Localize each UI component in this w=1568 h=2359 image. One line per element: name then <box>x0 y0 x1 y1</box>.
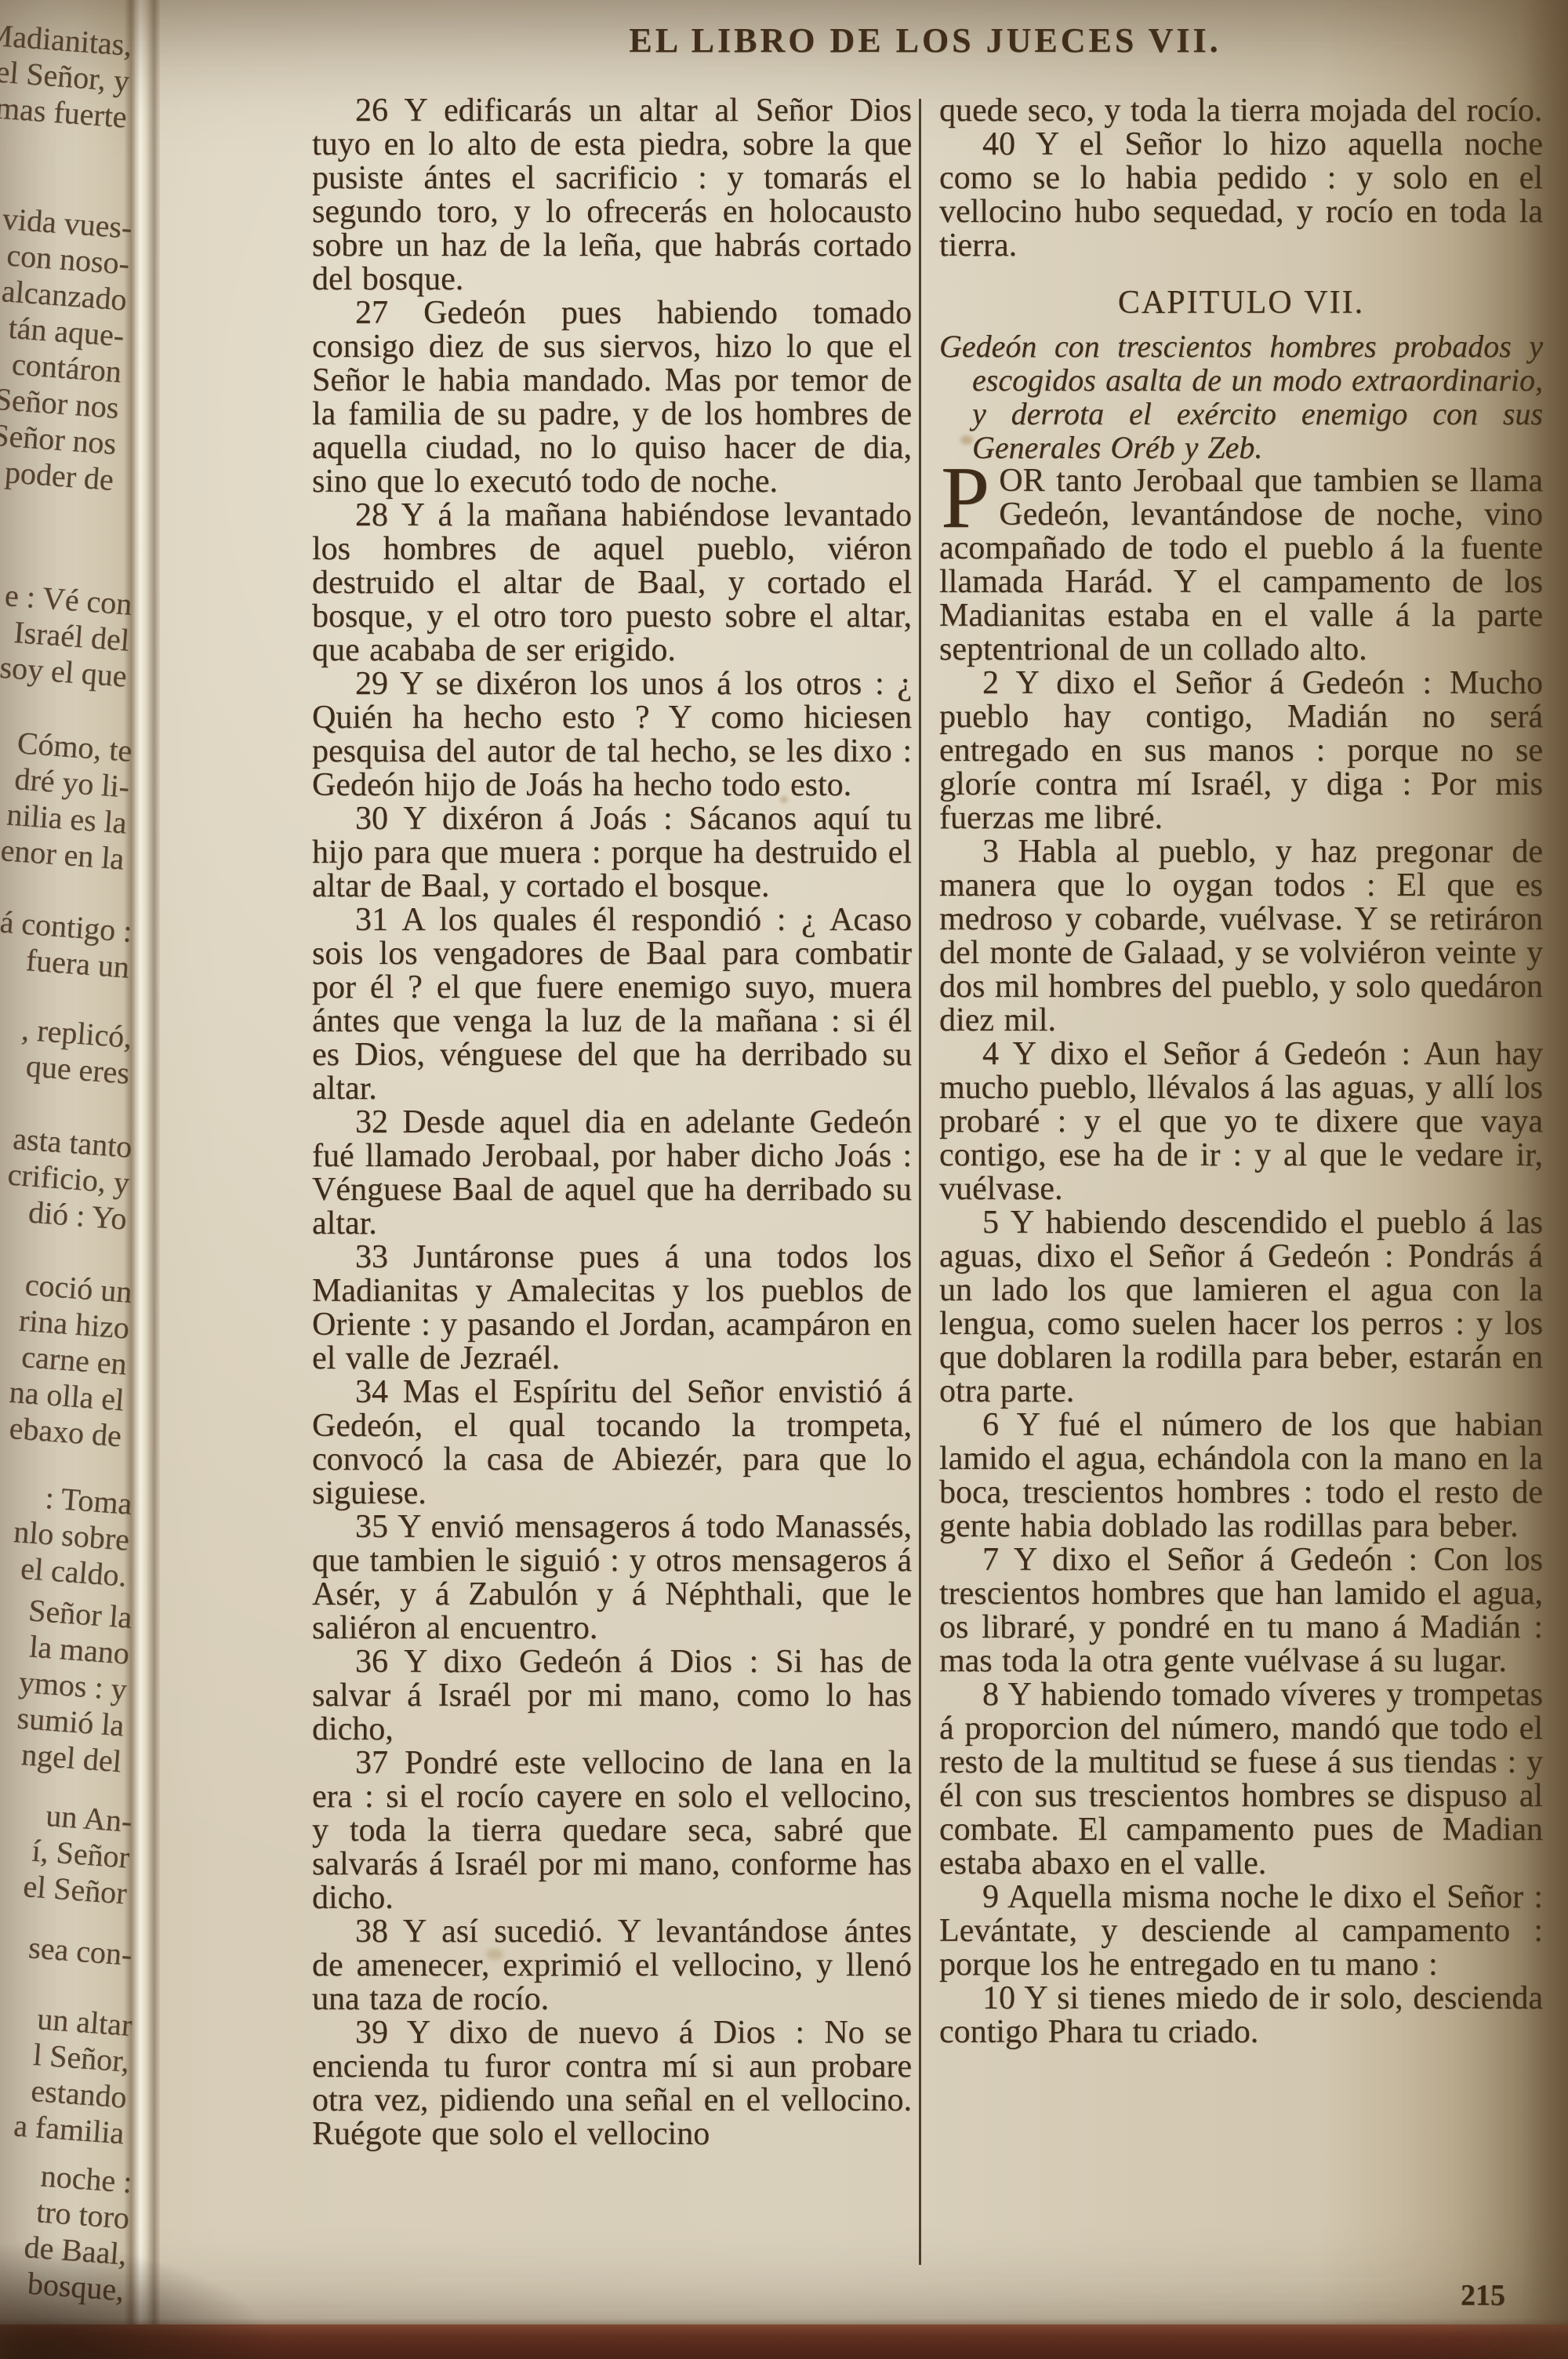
verse: 28 Y á la mañana habiéndose levantado lo… <box>312 499 912 667</box>
corner-shadow <box>0 2241 282 2359</box>
verse: 35 Y envió mensageros á todo Manassés, q… <box>312 1510 912 1645</box>
page-header: EL LIBRO DE LOS JUECES VII. <box>307 20 1543 60</box>
page-number: 215 <box>1380 2278 1505 2313</box>
verse: 37 Pondré este vellocino de lana en la e… <box>312 1747 912 1915</box>
continuation-paragraph: quede seco, y toda la tierra mojada del … <box>939 94 1543 128</box>
verse: 10 Y si tienes miedo de ir solo, descien… <box>939 1982 1543 2049</box>
margin-fragment-group: , replicó,que eres <box>0 1005 133 1091</box>
verse: 40 Y el Señor lo hizo aquella noche como… <box>939 128 1543 263</box>
margin-fragment-group: Señor lala manoymos : ysumió langel del <box>0 1586 133 1779</box>
verse: 6 Y fué el número de los que habian lami… <box>939 1408 1543 1543</box>
verse: 30 Y dixéron á Joás : Sácanos aquí tu hi… <box>312 802 912 903</box>
book-page: { "page": { "header": "EL LIBRO DE LOS J… <box>0 0 1568 2359</box>
verse: 34 Mas el Espíritu del Señor envistió á … <box>312 1376 912 1510</box>
margin-fragment-group: Cómo, tedré yo li-nilia es laenor en la <box>0 719 133 877</box>
verse: 29 Y se dixéron los unos á los otros : ¿… <box>312 667 912 802</box>
dropcap-letter: P <box>939 464 999 532</box>
verse: 5 Y habiendo descendido el pueblo á las … <box>939 1206 1543 1408</box>
verse: 33 Juntáronse pues á una todos los Madia… <box>312 1241 912 1376</box>
verse: 26 Y edificarás un altar al Señor Dios t… <box>312 94 912 296</box>
margin-fragment-group: : Tomanlo sobreel caldo. <box>0 1472 133 1594</box>
margin-fragment-group: un altarl Señor,estandoa familia <box>0 1994 133 2151</box>
verse: 32 Desde aquel dia en adelante Gedeón fu… <box>312 1106 912 1241</box>
margin-fragment-group: sea con- <box>0 1923 133 1973</box>
right-column: quede seco, y toda la tierra mojada del … <box>939 94 1543 2049</box>
gutter-shadow <box>124 0 160 2359</box>
verse: 36 Y dixo Gedeón á Dios : Si has de salv… <box>312 1645 912 1747</box>
verse: 39 Y dixo de nuevo á Dios : No se encien… <box>312 2016 912 2151</box>
column-divider <box>919 99 921 2265</box>
verse: 9 Aquella misma noche le dixo el Señor :… <box>939 1881 1543 1982</box>
margin-fragment-group: coció unrina hizocarne enna olla elebaxo… <box>0 1260 133 1454</box>
verse: 3 Habla al pueblo, y haz pregonar de man… <box>939 835 1543 1038</box>
verse: 38 Y así sucedió. Y levantándose ántes d… <box>312 1915 912 2016</box>
verse: 27 Gedeón pues habiendo tomado consigo d… <box>312 296 912 499</box>
margin-fragment-group: vida vues-con noso-alcanzadotán aque-con… <box>0 196 133 498</box>
margin-fragment-group: un An-í, Señorel Señor <box>0 1790 133 1911</box>
verse: 4 Y dixo el Señor á Gedeón : Aun hay muc… <box>939 1038 1543 1206</box>
verse: POR tanto Jerobaal que tambien se llama … <box>939 464 1543 667</box>
margin-fragment-group: asta tantocrificio, ydió : Yo <box>0 1115 133 1237</box>
verse: 8 Y habiendo tomado víveres y trompetas … <box>939 1678 1543 1881</box>
verse: 7 Y dixo el Señor á Gedeón : Con los tre… <box>939 1543 1543 1678</box>
chapter-heading: CAPITULO VII. <box>939 286 1543 320</box>
margin-fragment-group: e : Vé conIsraél delsoy el que <box>0 572 133 694</box>
verse: 2 Y dixo el Señor á Gedeón : Mucho puebl… <box>939 667 1543 835</box>
margin-fragment-group: á contigo :fuera un <box>0 900 133 985</box>
margin-fragment-group: Madianitas,el Señor, ymas fuerte <box>0 13 133 135</box>
margin-fragment-line: sea con- <box>0 1923 133 1973</box>
verse: 31 A los quales él respondió : ¿ Acaso s… <box>312 903 912 1106</box>
margin-fragments: Madianitas,el Señor, ymas fuertevida vue… <box>0 0 135 2359</box>
chapter-summary: Gedeón con trescientos hombres probados … <box>939 329 1543 464</box>
left-column: 26 Y edificarás un altar al Señor Dios t… <box>312 94 912 2151</box>
